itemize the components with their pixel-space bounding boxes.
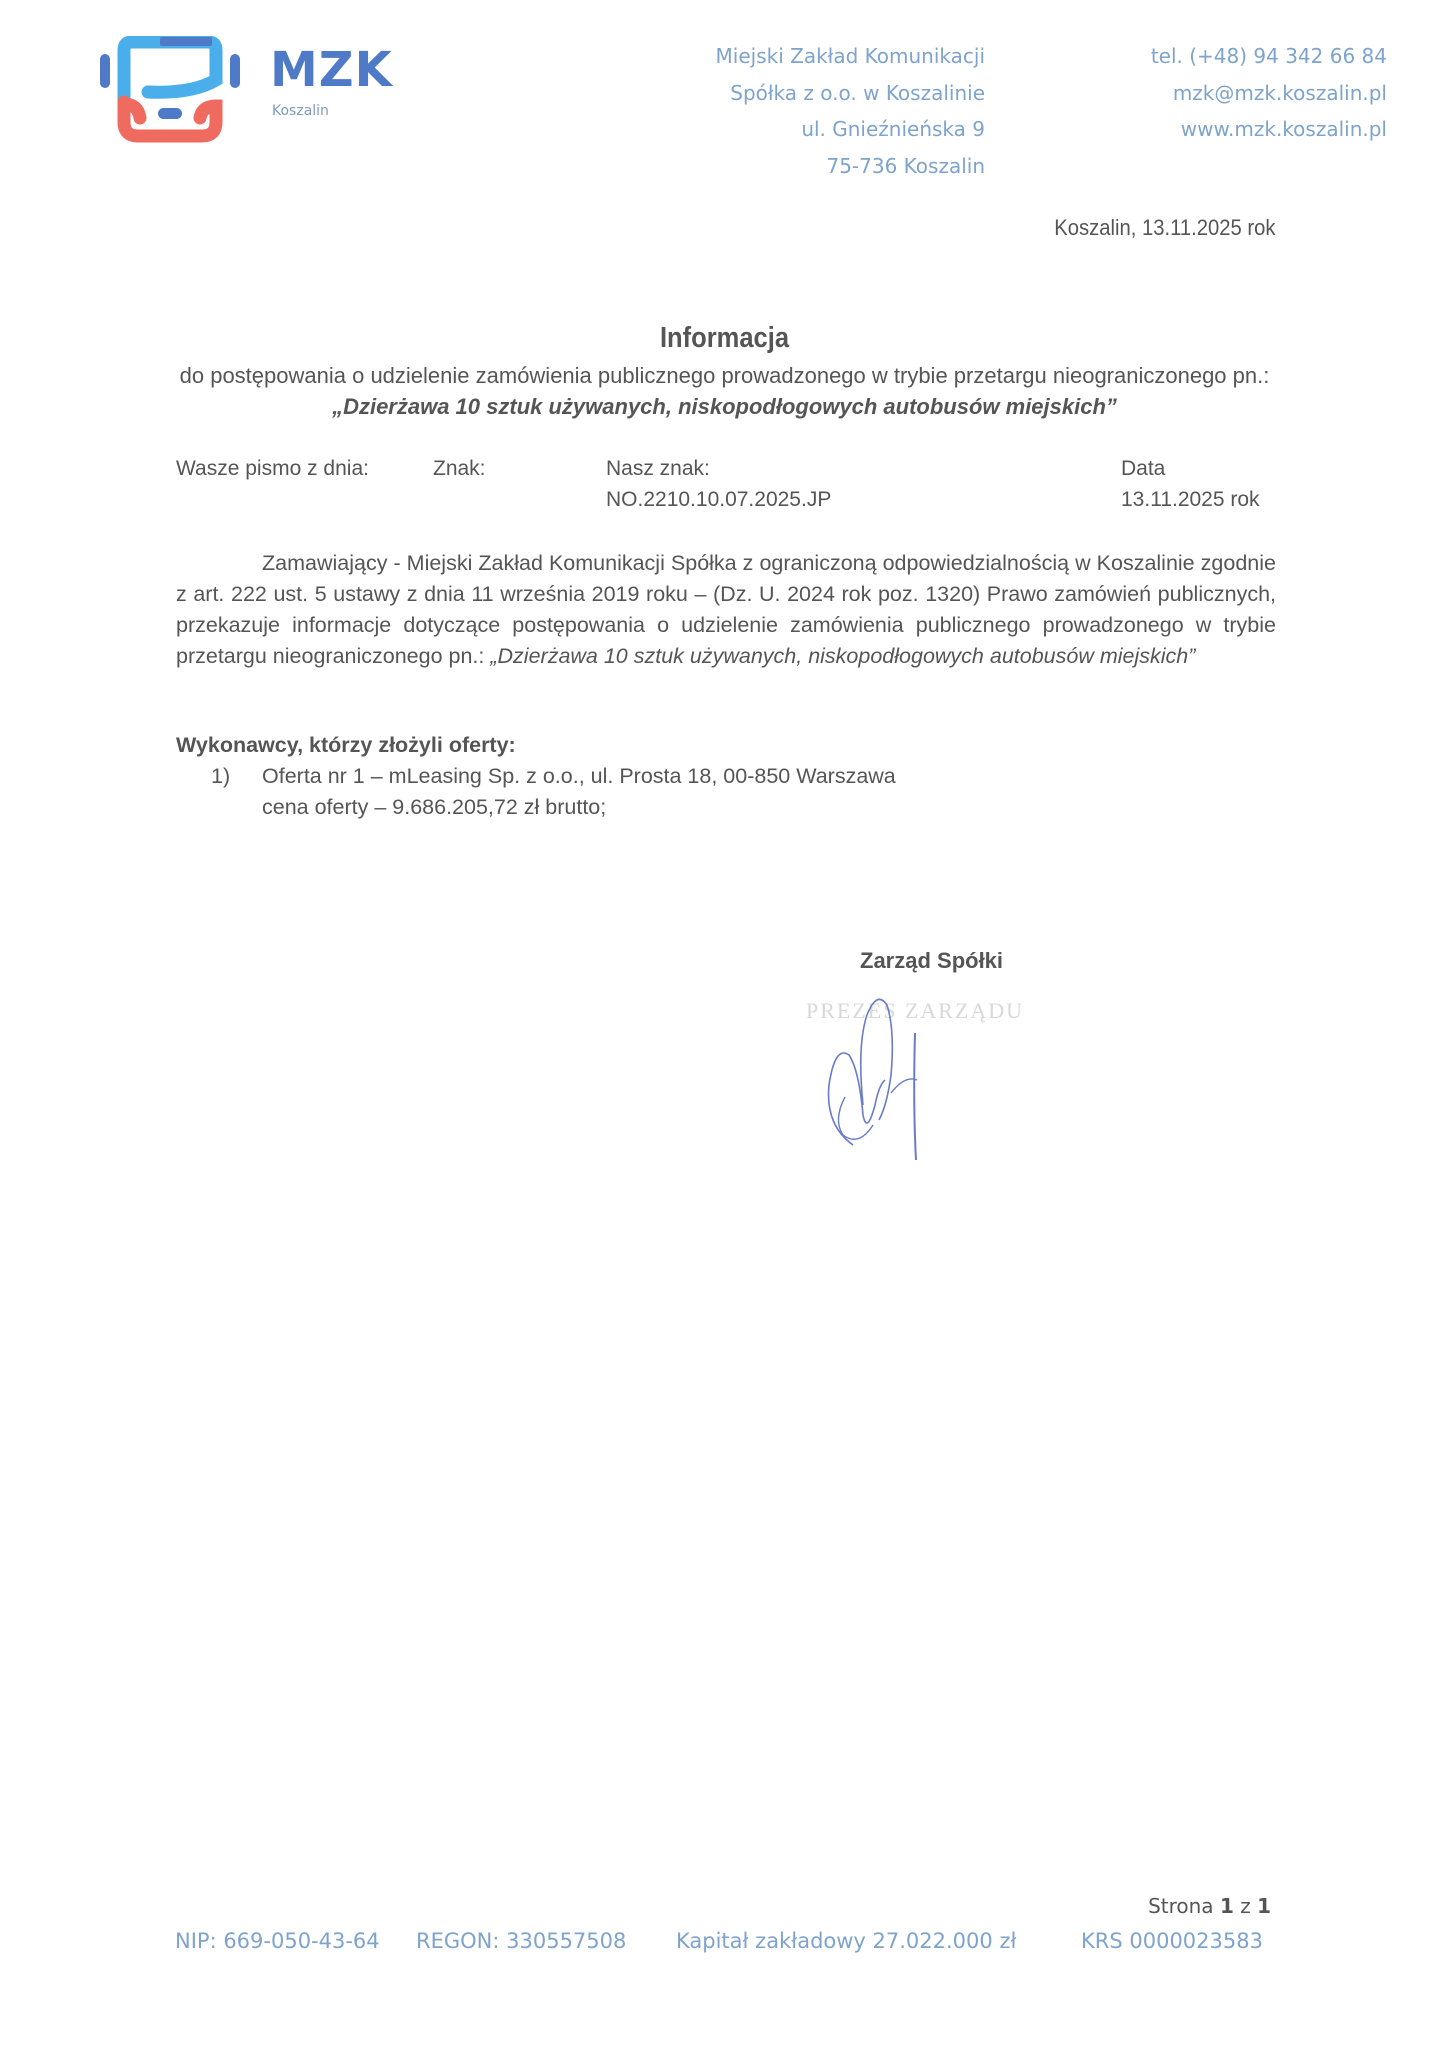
offer-details: Oferta nr 1 – mLeasing Sp. z o.o., ul. P… [262, 764, 896, 789]
address-line: Spółka z o.o. w Koszalinie [716, 75, 985, 112]
address-line: Miejski Zakład Komunikacji [716, 38, 985, 75]
date-value: 13.11.2025 rok [1121, 484, 1260, 515]
our-reference: Nasz znak: NO.2210.10.07.2025.JP [606, 453, 831, 515]
address-line: ul. Gnieźnieńska 9 [716, 111, 985, 148]
brand-name: MZK [270, 46, 393, 94]
footer-nip: NIP: 669-050-43-64 [175, 1929, 380, 1953]
sign-label: Znak: [433, 453, 486, 484]
website-link[interactable]: www.mzk.koszalin.pl [1151, 111, 1387, 148]
mzk-logo-icon [96, 36, 244, 144]
footer-regon: REGON: 330557508 [416, 1929, 626, 1953]
offer-price: cena oferty – 9.686.205,72 zł brutto; [262, 795, 606, 820]
handwritten-signature-icon [815, 985, 1015, 1165]
phone: tel. (+48) 94 342 66 84 [1151, 38, 1387, 75]
email-link[interactable]: mzk@mzk.koszalin.pl [1151, 75, 1387, 112]
address-line: 75-736 Koszalin [716, 148, 985, 185]
paragraph-subject: „Dzierżawa 10 sztuk używanych, niskopodł… [490, 644, 1195, 668]
place-and-date: Koszalin, 13.11.2025 rok [1055, 215, 1276, 241]
your-letter-label: Wasze pismo z dnia: [176, 453, 369, 484]
our-reference-label: Nasz znak: [606, 453, 831, 484]
tender-subject: „Dzierżawa 10 sztuk używanych, niskopodł… [0, 394, 1449, 420]
body-paragraph: Zamawiający - Miejski Zakład Komunikacji… [176, 548, 1276, 672]
our-reference-value: NO.2210.10.07.2025.JP [606, 484, 831, 515]
document-subtitle: do postępowania o udzielenie zamówienia … [0, 363, 1449, 389]
date-label: Data [1121, 453, 1260, 484]
page-number: Strona 1 z 1 [1148, 1894, 1271, 1918]
footer-krs: KRS 0000023583 [1081, 1929, 1263, 1953]
date-block: Data 13.11.2025 rok [1121, 453, 1260, 515]
document-title: Informacja [87, 322, 1362, 355]
company-address: Miejski Zakład Komunikacji Spółka z o.o.… [716, 38, 985, 185]
contractors-heading: Wykonawcy, którzy złożyli oferty: [176, 733, 516, 758]
brand-city: Koszalin [272, 103, 329, 119]
offer-number: 1) [211, 764, 230, 789]
board-label: Zarząd Spółki [860, 948, 1003, 974]
company-contact: tel. (+48) 94 342 66 84 mzk@mzk.koszalin… [1151, 38, 1387, 148]
footer-capital: Kapitał zakładowy 27.022.000 zł [676, 1929, 1016, 1953]
